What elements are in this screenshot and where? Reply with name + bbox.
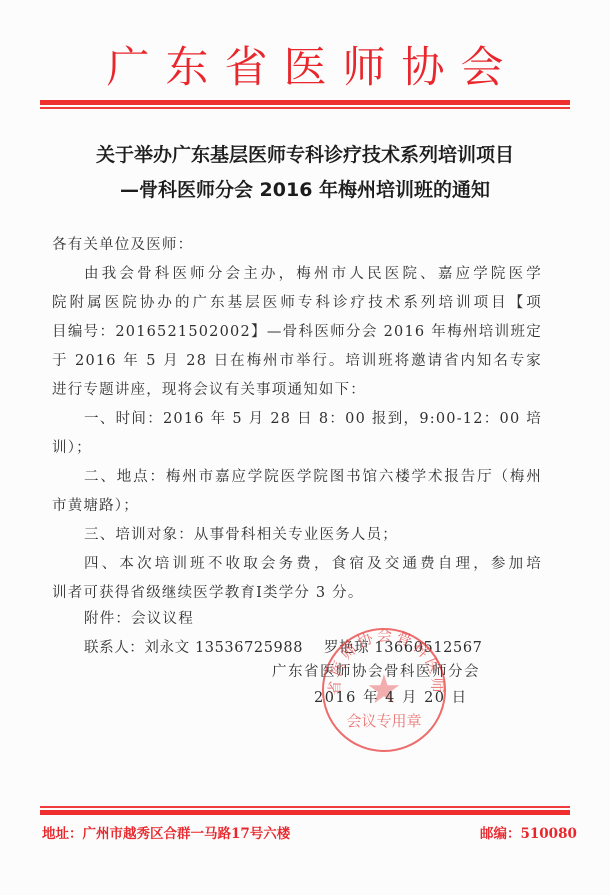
intro-line-3: 目编号：2016521502002】—骨科医师分会 2016 年梅州培训班定 [52,320,542,341]
intro-line-4: 于 2016 年 5 月 28 日在梅州市举行。培训班将邀请省内知名专家 [52,349,542,370]
item-fees-line-1: 四、本次培训班不收取会务费，食宿及交通费自理，参加培 [84,552,542,573]
issue-date: 2016 年 4 月 20 日 [314,686,468,707]
issuer-name: 广东省医师协会骨科医师分会 [272,660,480,681]
item-time-line-2: 训）； [52,436,92,457]
document-title-line-1: 关于举办广东基层医师专科诊疗技术系列培训项目 [0,141,610,169]
footer-postcode: 邮编：510080 [480,822,577,842]
item-location-line-2: 市黄塘路）； [52,494,139,515]
intro-line-2: 院附属医院协办的广东基层医师专科诊疗技术系列培训项目【项 [52,291,542,312]
document-page: 广东省医师协会 关于举办广东基层医师专科诊疗技术系列培训项目 —骨科医师分会 2… [0,0,610,895]
attachment-note: 附件：会议议程 [84,607,194,628]
letterhead-rule-thin [40,107,570,109]
intro-line-1: 由我会骨科医师分会主办，梅州市人民医院、嘉应学院医学 [84,262,542,283]
item-location-line-1: 二、地点：梅州市嘉应学院医学院图书馆六楼学术报告厅（梅州 [84,465,542,486]
document-title-line-2: —骨科医师分会 2016 年梅州培训班的通知 [0,176,610,204]
letterhead-rule-thick [40,100,570,105]
item-time-line-1: 一、时间：2016 年 5 月 28 日 8：00 报到，9:00-12：00 … [84,407,542,428]
seal-bottom-text: 会议专用章 [324,710,444,731]
footer-rule-thick [40,810,570,815]
footer-address: 地址：广州市越秀区合群一马路17号六楼 [42,822,290,842]
item-fees-line-2: 训者可获得省级继续医学教育Ⅰ类学分 3 分。 [52,581,364,602]
contact-label: 联系人： [84,640,144,656]
contact-person-1-name: 刘永文 [144,640,189,656]
intro-line-5: 进行专题讲座，现将会议有关事项通知如下： [52,378,366,399]
contact-person-1-phone: 13536725988 [195,640,303,656]
footer-rule-thin [40,806,570,808]
letterhead-organization: 广东省医师协会 [0,44,610,92]
salutation: 各有关单位及医师： [52,233,193,254]
item-audience: 三、培训对象：从事骨科相关专业医务人员； [84,523,398,544]
